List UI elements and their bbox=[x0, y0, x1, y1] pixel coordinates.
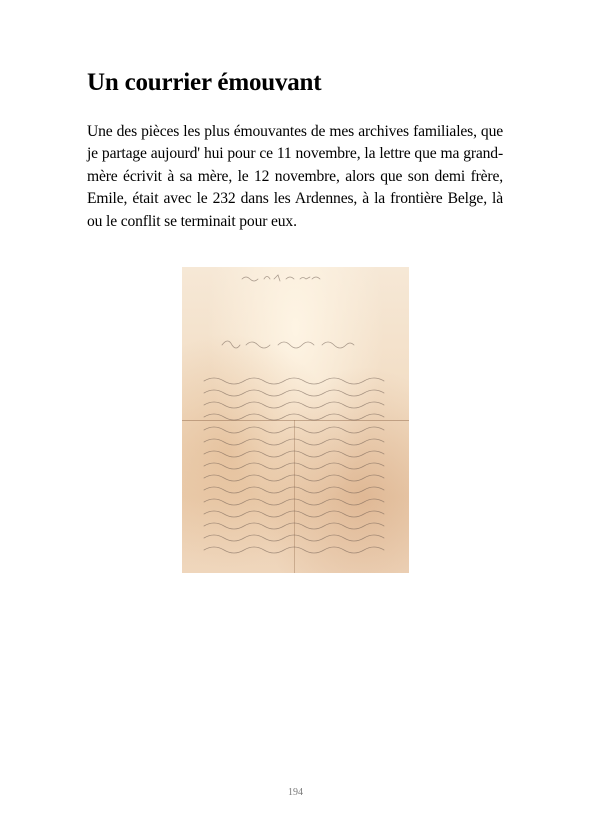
page-number: 194 bbox=[0, 787, 591, 798]
document-page: Un courrier émouvant Une des pièces les … bbox=[0, 0, 591, 827]
handwriting-strokes bbox=[182, 267, 409, 573]
body-paragraph: Une des pièces les plus émouvantes de me… bbox=[87, 121, 503, 233]
page-title: Un courrier émouvant bbox=[87, 66, 321, 100]
handwritten-letter-image bbox=[182, 267, 409, 573]
